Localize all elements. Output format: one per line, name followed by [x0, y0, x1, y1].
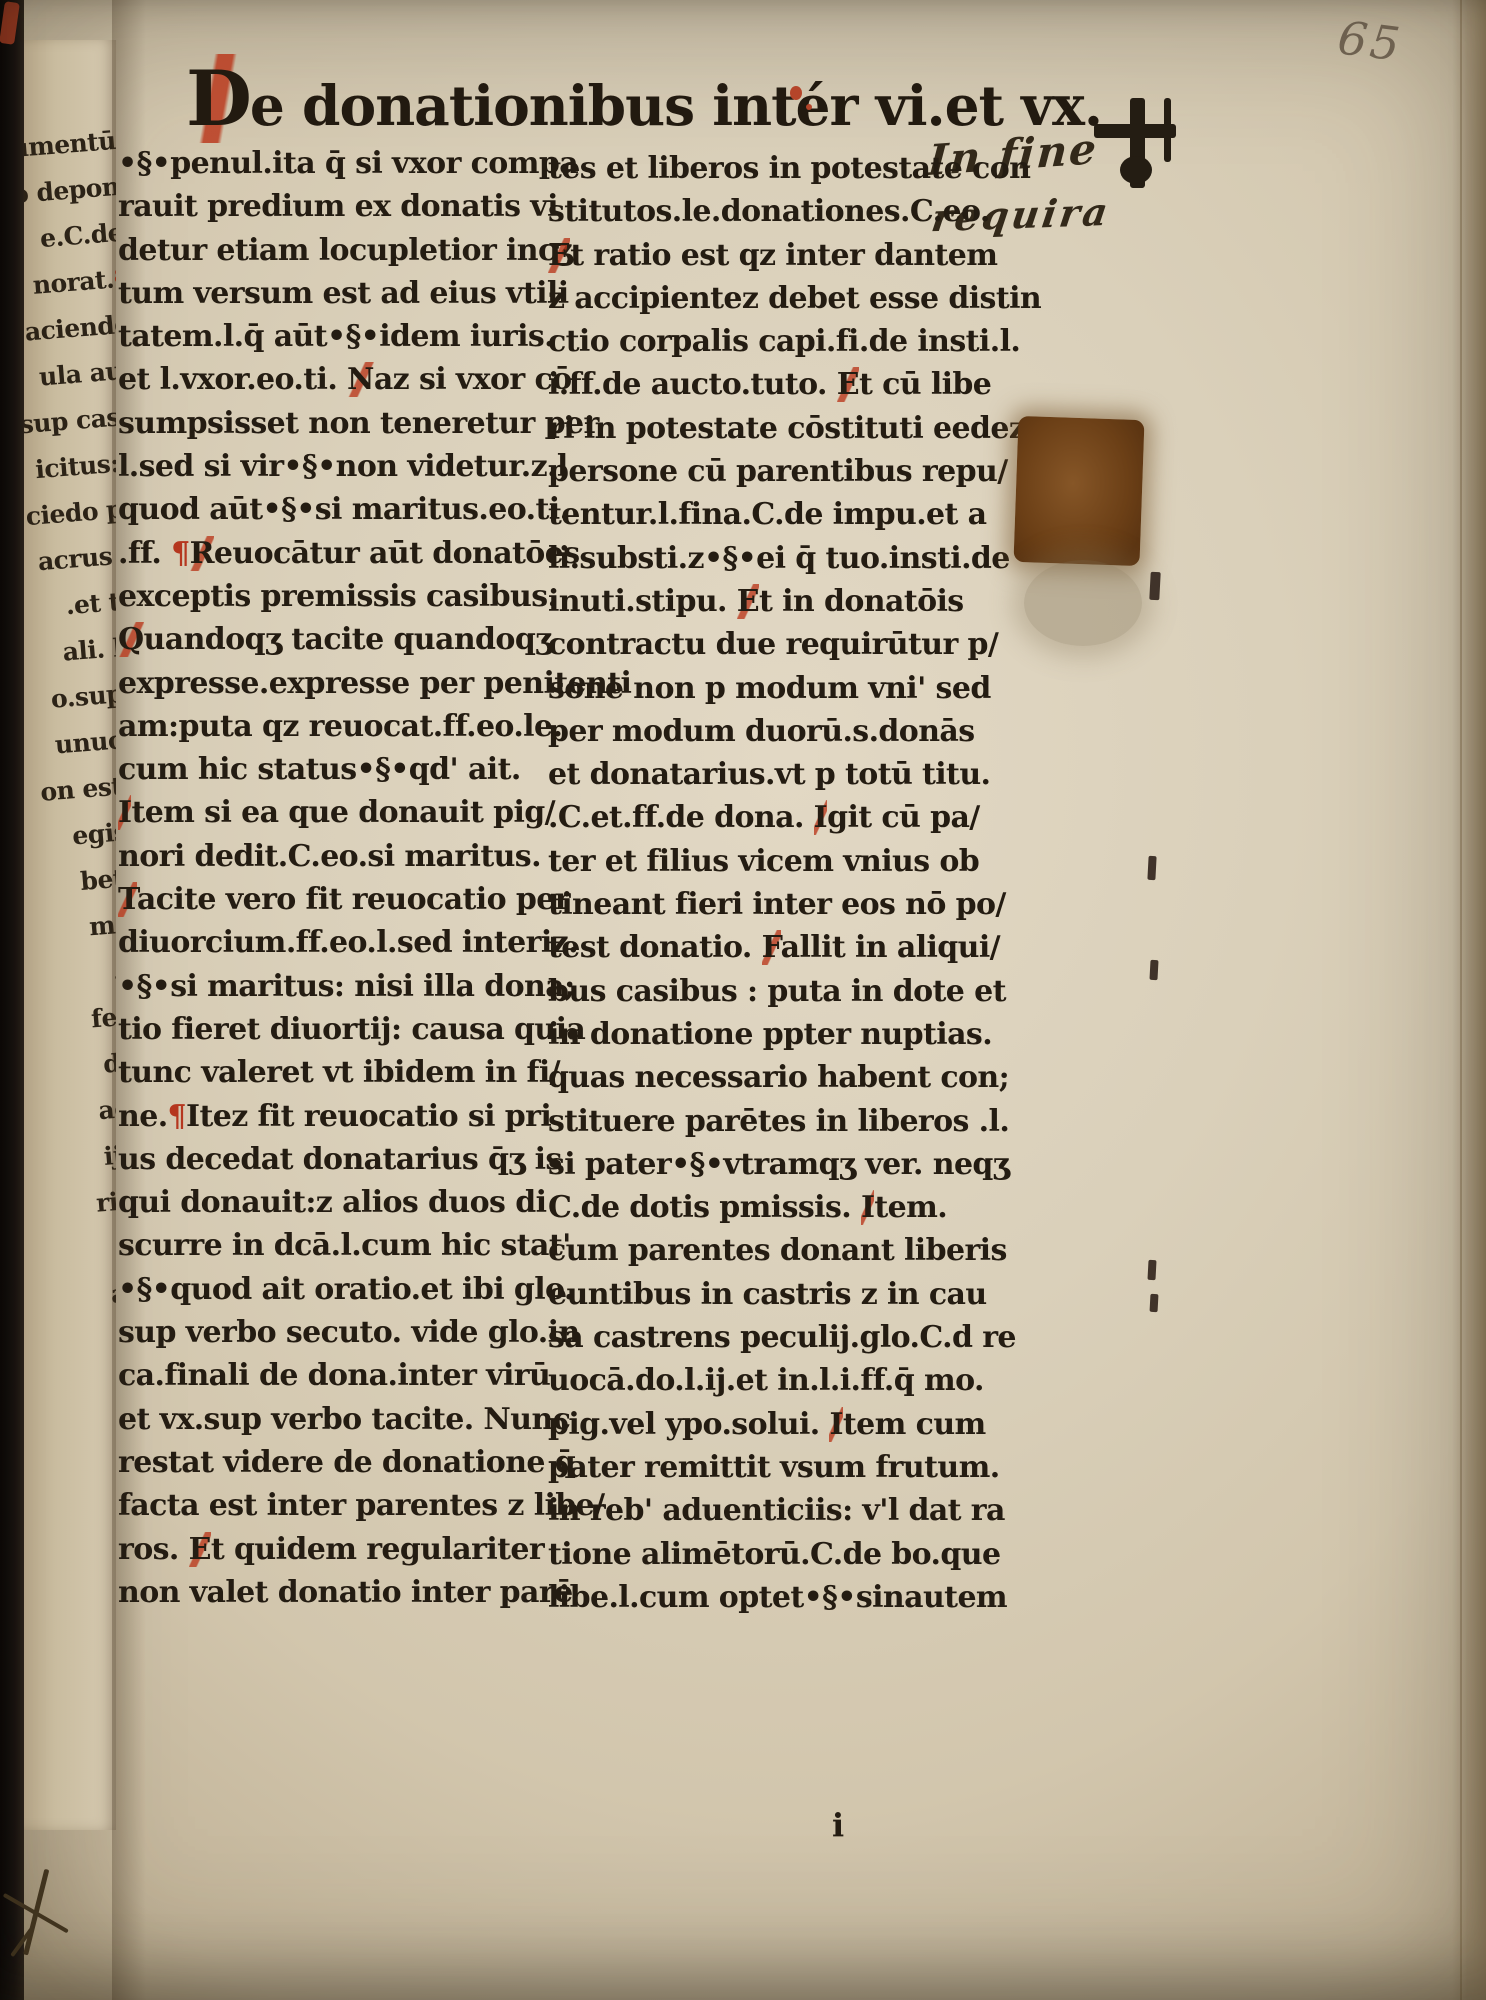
text-line: Quandoqʒ tacite quandoqʒ	[118, 618, 550, 661]
text-line: ctio corpalis capi.fi.de insti.l.	[548, 320, 968, 363]
red-ink-speck	[806, 104, 812, 110]
text-line: stitutos.le.donationes.C.eo.	[548, 190, 968, 233]
text-line: expresse.expresse per penitenti	[118, 662, 550, 705]
text-line: sumpsisset non teneretur per	[118, 402, 550, 445]
spine-shadow	[0, 0, 24, 2000]
text-line: am:puta qz reuocat.ff.eo.le.	[118, 705, 550, 748]
text-line: C.de dotis pmissis. Item.	[548, 1186, 968, 1229]
text-line: exceptis premissis casibus.	[118, 575, 550, 618]
cross-mark-icon	[1094, 98, 1176, 194]
text-line: tatem.l.q̄ aūt•§•idem iuris.	[118, 315, 550, 358]
text-line: Et ratio est qz inter dantem	[548, 234, 968, 277]
text-line: inuti.stipu. Et in donatōis	[548, 580, 968, 623]
text-column-left: •§•penul.ita q̄ si vxor comparauit predi…	[118, 142, 550, 1614]
text-line: pig.vel ypo.solui. Item cum	[548, 1403, 968, 1446]
text-line: .C.et.ff.de dona. Igit cū pa/	[548, 796, 968, 839]
text-line: stituere parētes in liberos .l.	[548, 1100, 968, 1143]
text-line: et vx.sup verbo tacite. Nunc	[118, 1398, 550, 1441]
text-line: detur etiam locupletior incʒ	[118, 229, 550, 272]
text-line: •§•quod ait oratio.et ibi glo.	[118, 1268, 550, 1311]
fore-edge-line	[1460, 0, 1462, 2000]
text-line: i.ff.de aucto.tuto. Et cū libe	[548, 363, 968, 406]
text-line: sone non p modum vni' sed	[548, 667, 968, 710]
fore-edge	[1452, 0, 1486, 2000]
text-line: tunc valeret vt ibidem in fi/	[118, 1051, 550, 1094]
text-line: persone cū parentibus repu/	[548, 450, 968, 493]
text-line: diuorcium.ff.eo.l.sed interiz.	[118, 921, 550, 964]
text-line: tentur.l.fina.C.de impu.et a	[548, 493, 968, 536]
text-line: ri in potestate cōstituti eedez	[548, 407, 968, 450]
text-line: contractu due requirūtur p/	[548, 623, 968, 666]
text-line: sa castrens peculij.glo.C.d re	[548, 1316, 968, 1359]
text-line: z accipientez debet esse distin	[548, 277, 968, 320]
text-line: tineant fieri inter eos nō po/	[548, 883, 968, 926]
text-line: scurre in dcā.l.cum hic stat'	[118, 1224, 550, 1267]
text-line: quod aūt•§•si maritus.eo.ti.	[118, 488, 550, 531]
text-line: restat videre de donatione q̄	[118, 1441, 550, 1484]
red-ink-speck	[790, 86, 802, 100]
text-line: rauit predium ex donatis vi	[118, 185, 550, 228]
text-line: bus casibus : puta in dote et	[548, 970, 968, 1013]
text-line: non valet donatio inter parē	[118, 1571, 550, 1614]
adhesive-stain	[1013, 416, 1144, 566]
text-line: ca.finali de dona.inter virū	[118, 1354, 550, 1397]
text-line: li.substi.z•§•ei q̄ tuo.insti.de	[548, 537, 968, 580]
previous-page-edge: rumentūio depone.C.denorat.§aciendoula a…	[18, 40, 116, 1830]
text-line: pater remittit vsum frutum.	[548, 1446, 968, 1489]
text-line: quas necessario habent con;	[548, 1056, 968, 1099]
text-line: cum parentes donant liberis	[548, 1229, 968, 1272]
text-line: ne.¶Itez fit reuocatio si pri	[118, 1095, 550, 1138]
text-line: ros. Et quidem regulariter	[118, 1528, 550, 1571]
text-line: •§•si maritus: nisi illa dona;	[118, 965, 550, 1008]
folio-number: 65	[1335, 10, 1406, 71]
text-line: tum versum est ad eius vtili	[118, 272, 550, 315]
text-line: tione alimētorū.C.de bo.que	[548, 1533, 968, 1576]
text-line: facta est inter parentes z libe/	[118, 1484, 550, 1527]
page-edge-tick	[1150, 1294, 1159, 1312]
running-title-text: e donationibus intér vi.et vx.	[250, 73, 1102, 138]
text-line: uocā.do.l.ij.et in.l.i.ff.q̄ mo.	[548, 1359, 968, 1402]
text-line: in reb' aduenticiis: v'l dat ra	[548, 1489, 968, 1532]
page-edge-tick	[1149, 572, 1160, 600]
text-line: ter et filius vicem vnius ob	[548, 840, 968, 883]
stain-smudge	[1024, 560, 1142, 646]
page-edge-tick	[1147, 856, 1156, 880]
book-photo: rumentūio depone.C.denorat.§aciendoula a…	[0, 0, 1486, 2000]
text-line: •§•penul.ita q̄ si vxor compa	[118, 142, 550, 185]
text-line: l.sed si vir•§•non videtur.z.l	[118, 445, 550, 488]
running-title-initial: D	[186, 54, 250, 143]
text-line: qui donauit:z alios duos di	[118, 1181, 550, 1224]
pen-trial-mark	[0, 1863, 79, 1968]
text-line: euntibus in castris z in cau	[548, 1273, 968, 1316]
page-edge-tick	[1149, 960, 1158, 980]
running-title: De donationibus intér vi.et vx.	[186, 54, 986, 144]
text-line: libe.l.cum optet•§•sinautem	[548, 1576, 968, 1619]
previous-page-text-fragments: rumentūio depone.C.denorat.§aciendoula a…	[18, 118, 116, 1748]
text-line: et l.vxor.eo.ti. Naz si vxor cō	[118, 358, 550, 401]
text-line: Tacite vero fit reuocatio per	[118, 878, 550, 921]
text-line: cum hic status•§•qd' ait.	[118, 748, 550, 791]
text-line: Item si ea que donauit pig/	[118, 791, 550, 834]
text-line: et donatarius.vt p totū titu.	[548, 753, 968, 796]
text-line: .ff. ¶Reuocātur aūt donatōes	[118, 532, 550, 575]
text-line: us decedat donatarius q̄ʒ is	[118, 1138, 550, 1181]
text-line: per modum duorū.s.donās	[548, 710, 968, 753]
cross-edge-stroke	[1164, 98, 1171, 162]
signature-mark: i	[832, 1806, 844, 1844]
cross-blob	[1120, 156, 1152, 184]
page-edge-tick	[1147, 1260, 1156, 1280]
text-line: tio fieret diuortij: causa quia	[118, 1008, 550, 1051]
text-line: sup verbo secuto. vide glo.in	[118, 1311, 550, 1354]
text-line: si pater•§•vtramqʒ ver. neqʒ	[548, 1143, 968, 1186]
text-line: nori dedit.C.eo.si maritus.	[118, 835, 550, 878]
text-line: in donatione ppter nuptias.	[548, 1013, 968, 1056]
text-line: tes et liberos in potestate con	[548, 147, 968, 190]
text-column-right: tes et liberos in potestate constitutos.…	[548, 147, 968, 1619]
text-line: test donatio. Fallit in aliqui/	[548, 926, 968, 969]
